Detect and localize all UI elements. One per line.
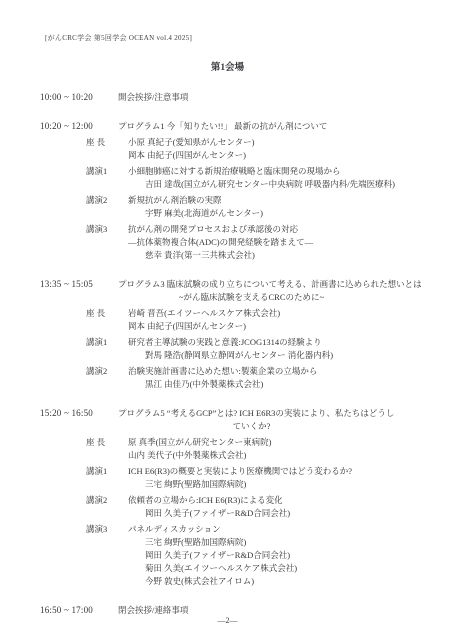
item-line: 小原 真紀子(愛知県がんセンター) [128,136,433,149]
item-line: 三宅 絢野(聖路加国際病院) [128,478,433,491]
item-lines: 新規抗がん剤治験の実際宇野 麻美(北海道がんセンター) [128,194,433,220]
item-label: 講演2 [86,494,128,520]
item-lines: 小原 真紀子(愛知県がんセンター)岡本 由紀子(四国がんセンター) [128,136,433,162]
session: 13:35 ~ 15:05プログラム3 臨床試験の成り立ちについて考える、計画書… [40,278,433,391]
item-line: ICH E6(R3)の概要と実装により医療機関ではどう変わるか? [128,465,433,478]
item-line: 岡田 久美子(ファイザーR&D合同会社) [128,507,433,520]
session-time: 13:35 ~ 15:05 [40,278,118,291]
item-line: 岡本 由紀子(四国がんセンター) [128,320,433,333]
item-lines: 小細胞肺癌に対する新規治療戦略と臨床開発の現場から吉田 達哉(国立がん研究センタ… [128,165,433,191]
agenda-item: 座 長小原 真紀子(愛知県がんセンター)岡本 由紀子(四国がんセンター) [40,136,433,162]
item-line: 岩崎 晋吾(エイツーヘルスケア株式会社) [128,307,433,320]
item-line: 山内 美代子(中外製薬株式会社) [128,449,433,462]
item-lines: 原 真季(国立がん研究センター東病院)山内 美代子(中外製薬株式会社) [128,436,433,462]
item-line: 吉田 達哉(国立がん研究センター中央病院 呼吸器内科/先端医療科) [128,178,433,191]
agenda-item: 座 長原 真季(国立がん研究センター東病院)山内 美代子(中外製薬株式会社) [40,436,433,462]
item-lines: 治験実施計画書に込めた想い:製薬企業の立場から黒江 由佳乃(中外製薬株式会社) [128,365,433,391]
item-line: 宇野 麻美(北海道がんセンター) [128,207,433,220]
item-label: 講演3 [86,523,128,588]
session-time: 10:20 ~ 12:00 [40,120,118,133]
session-title: プログラム5 “考えるGCP”とは? ICH E6R3の実装により、私たちはどう… [118,407,433,420]
item-line: 治験実施計画書に込めた想い:製薬企業の立場から [128,365,433,378]
item-line: 抗がん剤の開発プロセスおよび承認後の対応 [128,223,433,236]
session-head: 10:00 ~ 10:20開会挨拶/注意事項 [40,91,433,104]
item-line: —抗体薬物複合体(ADC)の開発経験を踏まえて— [128,236,433,249]
item-line: 小細胞肺癌に対する新規治療戦略と臨床開発の現場から [128,165,433,178]
document-page: [がんCRC学会 第5回学会 OCEAN vol.4 2025] 第1会場 10… [0,0,455,643]
item-lines: 依頼者の立場から:ICH E6(R3)による変化岡田 久美子(ファイザーR&D合… [128,494,433,520]
item-line: 三宅 絢野(聖路加国際病院) [128,536,433,549]
agenda-item: 講演3抗がん剤の開発プロセスおよび承認後の対応—抗体薬物複合体(ADC)の開発経… [40,223,433,262]
item-label: 講演3 [86,223,128,262]
item-line: 新規抗がん剤治験の実際 [128,194,433,207]
agenda-item: 講演2新規抗がん剤治験の実際宇野 麻美(北海道がんセンター) [40,194,433,220]
session: 15:20 ~ 16:50プログラム5 “考えるGCP”とは? ICH E6R3… [40,407,433,588]
item-lines: パネルディスカッション三宅 絢野(聖路加国際病院)岡田 久美子(ファイザーR&D… [128,523,433,588]
item-lines: ICH E6(R3)の概要と実装により医療機関ではどう変わるか?三宅 絢野(聖路… [128,465,433,491]
session-title: 開会挨拶/注意事項 [118,91,433,104]
item-line: パネルディスカッション [128,523,433,536]
session-title: プログラム3 臨床試験の成り立ちについて考える、計画書に込められた想いとは [118,278,433,291]
item-label: 座 長 [86,136,128,162]
page-number: —2— [0,614,455,627]
schedule: 10:00 ~ 10:20開会挨拶/注意事項10:20 ~ 12:00プログラム… [40,91,433,633]
item-line: 岡田 久美子(ファイザーR&D合同会社) [128,549,433,562]
session-head: 10:20 ~ 12:00プログラム1 今「知りたい!!」 最新の抗がん剤につい… [40,120,433,133]
session-title: プログラム1 今「知りたい!!」 最新の抗がん剤について [118,120,433,133]
item-line: 岡本 由紀子(四国がんセンター) [128,149,433,162]
item-line: 菊田 久美(エイツーヘルスケア株式会社) [128,562,433,575]
item-lines: 岩崎 晋吾(エイツーヘルスケア株式会社)岡本 由紀子(四国がんセンター) [128,307,433,333]
item-lines: 抗がん剤の開発プロセスおよび承認後の対応—抗体薬物複合体(ADC)の開発経験を踏… [128,223,433,262]
item-label: 講演1 [86,165,128,191]
item-lines: 研究者主導試験の実践と意義:JCOG1314の経験より對馬 隆浩(静岡県立静岡が… [128,336,433,362]
session-time: 15:20 ~ 16:50 [40,407,118,420]
session: 10:00 ~ 10:20開会挨拶/注意事項 [40,91,433,104]
item-label: 講演1 [86,465,128,491]
item-line: 原 真季(国立がん研究センター東病院) [128,436,433,449]
item-line: 黒江 由佳乃(中外製薬株式会社) [128,378,433,391]
item-label: 講演2 [86,194,128,220]
session-head: 13:35 ~ 15:05プログラム3 臨床試験の成り立ちについて考える、計画書… [40,278,433,291]
item-line: 研究者主導試験の実践と意義:JCOG1314の経験より [128,336,433,349]
session-head: 15:20 ~ 16:50プログラム5 “考えるGCP”とは? ICH E6R3… [40,407,433,420]
session-time: 10:00 ~ 10:20 [40,91,118,104]
session-subtitle: ていくか? [40,420,433,433]
item-label: 座 長 [86,307,128,333]
item-line: 今野 敦史(株式会社アイロム) [128,575,433,588]
session: 10:20 ~ 12:00プログラム1 今「知りたい!!」 最新の抗がん剤につい… [40,120,433,262]
item-label: 座 長 [86,436,128,462]
agenda-item: 講演2治験実施計画書に込めた想い:製薬企業の立場から黒江 由佳乃(中外製薬株式会… [40,365,433,391]
item-label: 講演1 [86,336,128,362]
document-header: [がんCRC学会 第5回学会 OCEAN vol.4 2025] [45,32,192,45]
item-line: 慈幸 貴洋(第一三共株式会社) [128,249,433,262]
agenda-item: 座 長岩崎 晋吾(エイツーヘルスケア株式会社)岡本 由紀子(四国がんセンター) [40,307,433,333]
item-label: 講演2 [86,365,128,391]
item-line: 依頼者の立場から:ICH E6(R3)による変化 [128,494,433,507]
agenda-item: 講演3パネルディスカッション三宅 絢野(聖路加国際病院)岡田 久美子(ファイザー… [40,523,433,588]
agenda-item: 講演2依頼者の立場から:ICH E6(R3)による変化岡田 久美子(ファイザーR… [40,494,433,520]
agenda-item: 講演1研究者主導試験の実践と意義:JCOG1314の経験より對馬 隆浩(静岡県立… [40,336,433,362]
session-subtitle: ~がん臨床試験を支えるCRCのために~ [40,291,433,304]
venue-title: 第1会場 [0,62,455,75]
item-line: 對馬 隆浩(静岡県立静岡がんセンター 消化器内科) [128,349,433,362]
agenda-item: 講演1小細胞肺癌に対する新規治療戦略と臨床開発の現場から吉田 達哉(国立がん研究… [40,165,433,191]
agenda-item: 講演1ICH E6(R3)の概要と実装により医療機関ではどう変わるか?三宅 絢野… [40,465,433,491]
